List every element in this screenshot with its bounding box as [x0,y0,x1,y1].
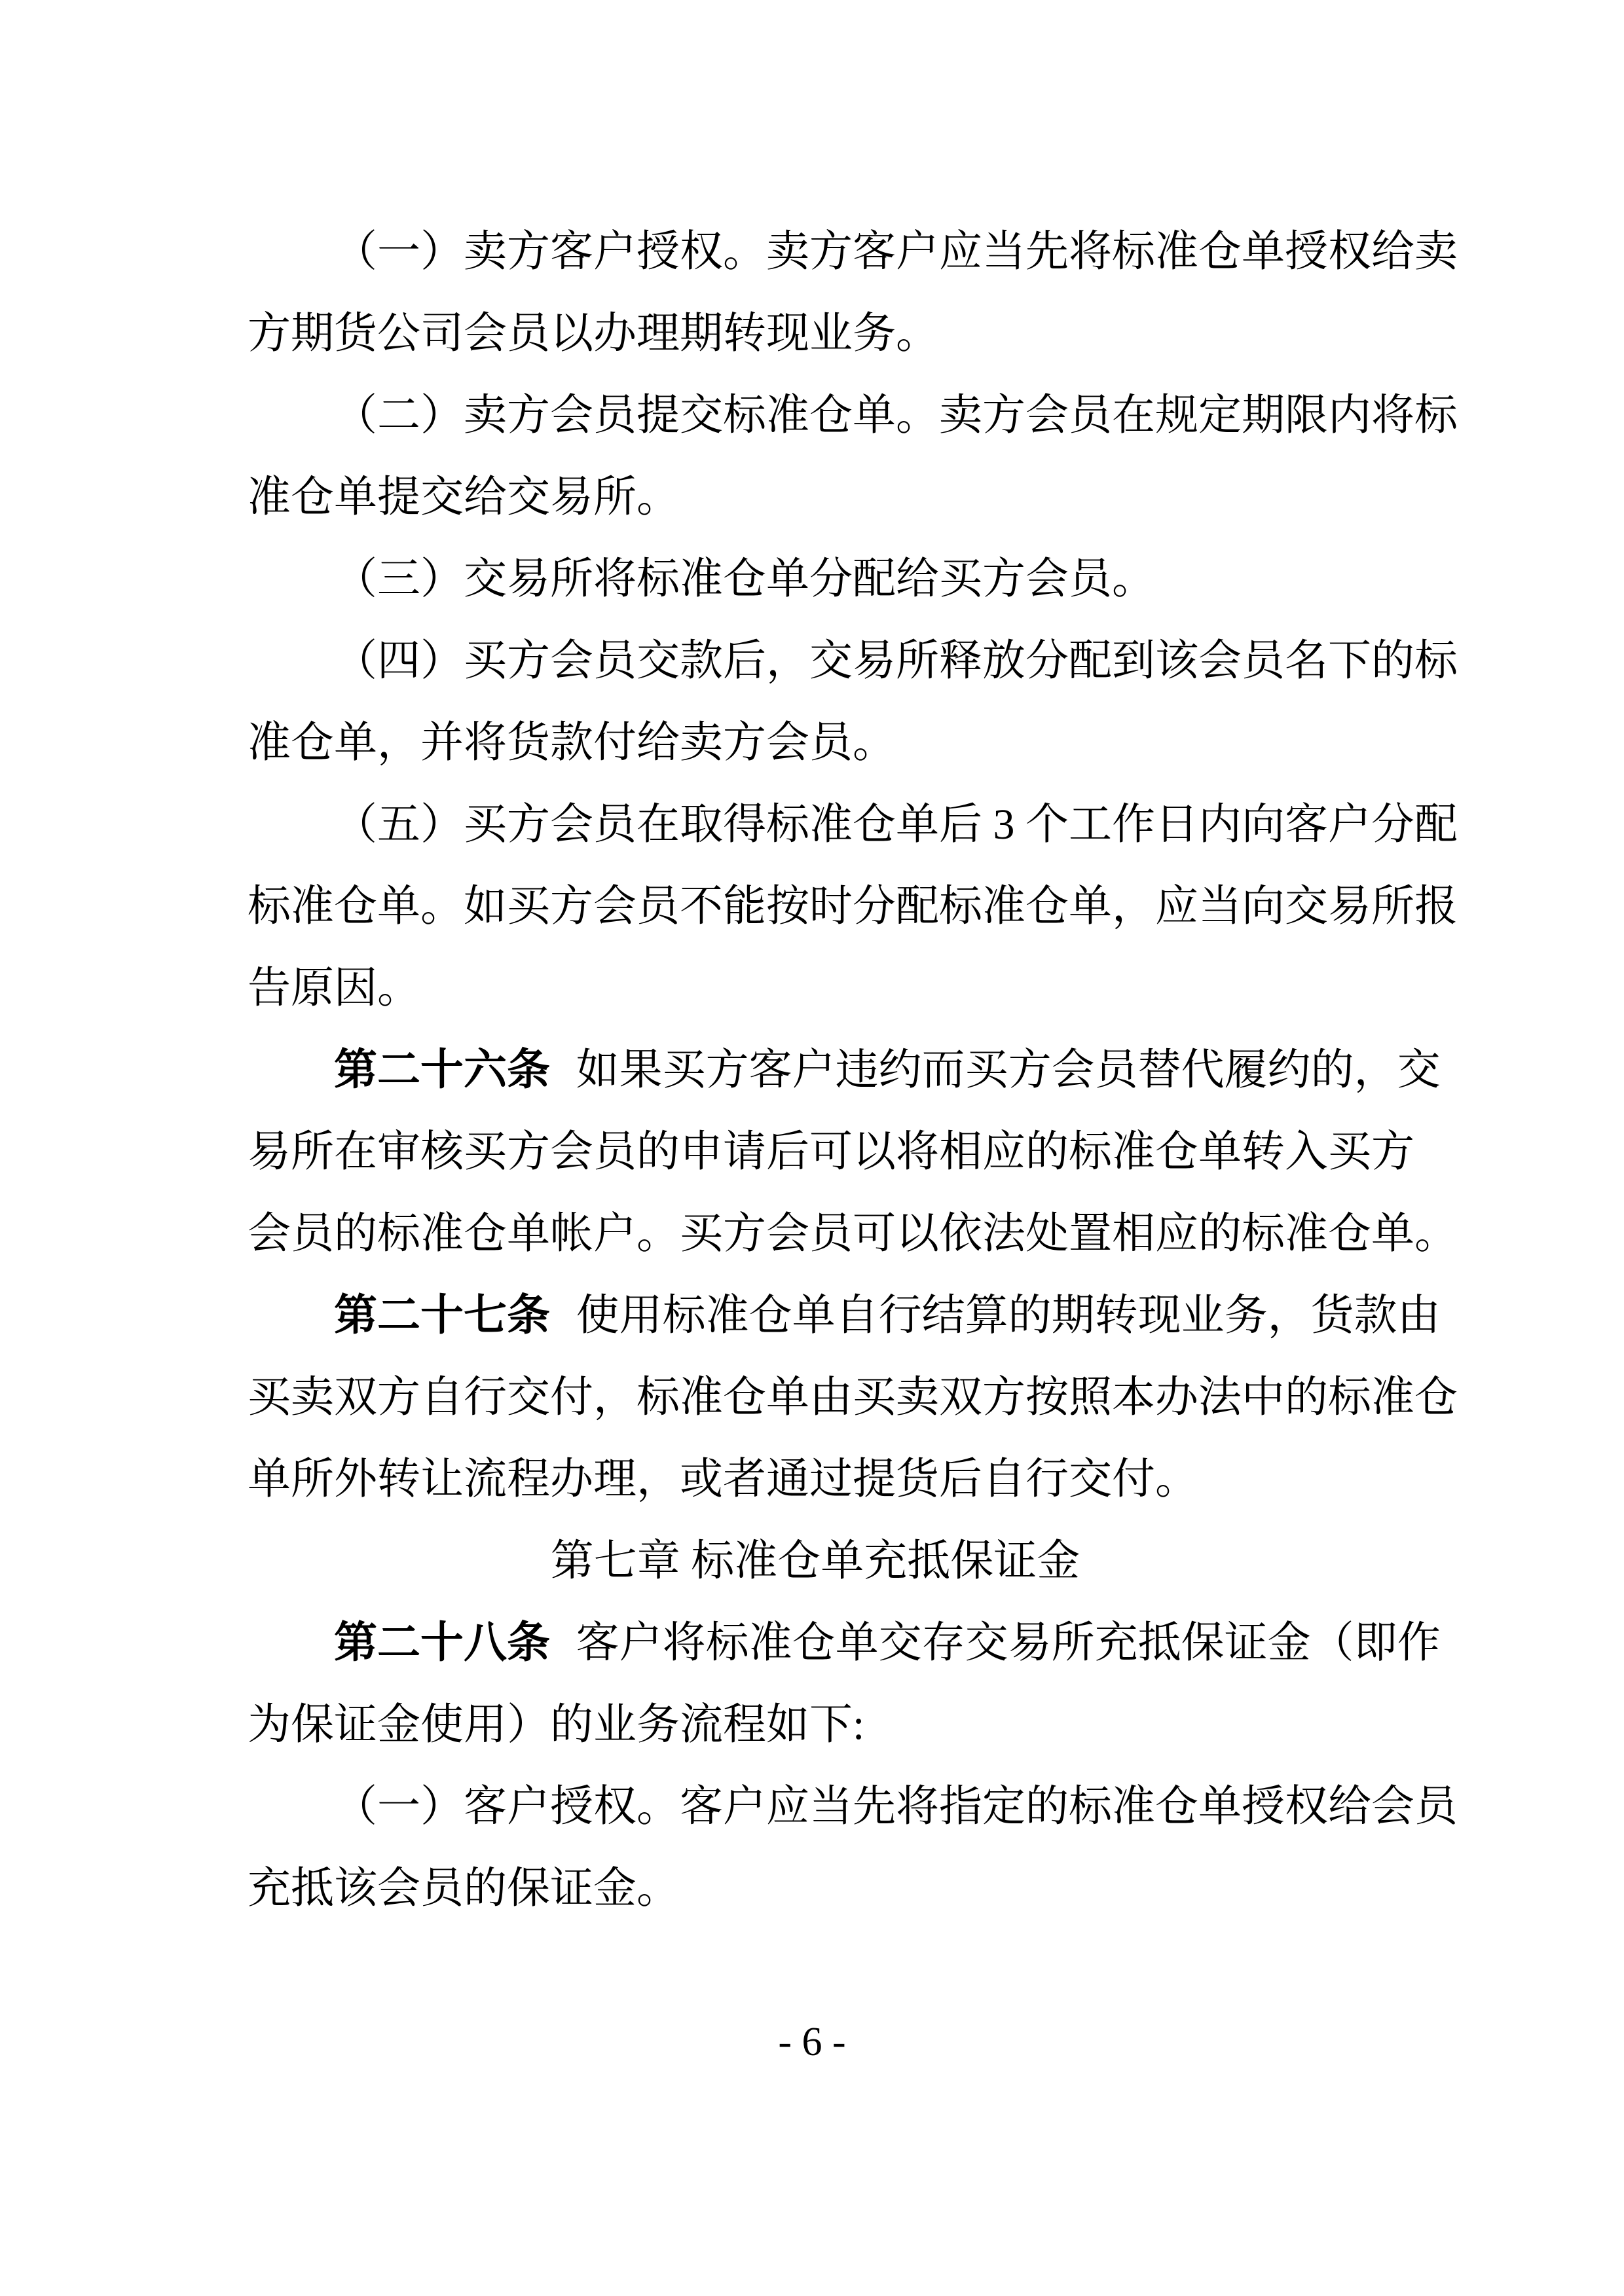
text-line: 会员的标准仓单帐户。买方会员可以依法处置相应的标准仓单。 [248,1193,1383,1275]
text-line: 准仓单提交给交易所。 [248,456,1383,538]
text-line: （一）卖方客户授权。卖方客户应当先将标准仓单授权给卖 [248,211,1383,293]
article-number: 第二十六条 [334,1046,550,1094]
article-line: 第二十七条使用标准仓单自行结算的期转现业务，货款由 [248,1275,1383,1357]
text-line: （三）交易所将标准仓单分配给买方会员。 [248,538,1383,620]
text-line: 方期货公司会员以办理期转现业务。 [248,293,1383,374]
text-line: 买卖双方自行交付，标准仓单由买卖双方按照本办法中的标准仓 [248,1357,1383,1438]
text-line: 告原因。 [248,947,1383,1029]
article-line: 第二十八条客户将标准仓单交存交易所充抵保证金（即作 [248,1602,1383,1684]
text-run: 如果买方客户违约而买方会员替代履约的，交 [576,1046,1441,1094]
document-page: （一）卖方客户授权。卖方客户应当先将标准仓单授权给卖 方期货公司会员以办理期转现… [0,0,1624,2296]
text-line: 准仓单，并将货款付给卖方会员。 [248,702,1383,784]
text-line: （四）买方会员交款后，交易所释放分配到该会员名下的标 [248,620,1383,702]
text-line: 为保证金使用）的业务流程如下: [248,1684,1383,1766]
text-line: （二）卖方会员提交标准仓单。卖方会员在规定期限内将标 [248,374,1383,456]
article-number: 第二十八条 [334,1619,550,1667]
text-line: 充抵该会员的保证金。 [248,1848,1383,1929]
article-number: 第二十七条 [334,1292,550,1339]
chapter-heading: 第七章 标准仓单充抵保证金 [248,1520,1383,1602]
text-line: 标准仓单。如买方会员不能按时分配标准仓单，应当向交易所报 [248,866,1383,947]
text-line: 单所外转让流程办理，或者通过提货后自行交付。 [248,1438,1383,1520]
text-line: （一）客户授权。客户应当先将指定的标准仓单授权给会员 [248,1766,1383,1848]
article-line: 第二十六条如果买方客户违约而买方会员替代履约的，交 [248,1029,1383,1111]
page-number: - 6 - [0,2016,1624,2068]
text-line: 易所在审核买方会员的申请后可以将相应的标准仓单转入买方 [248,1111,1383,1193]
text-line: （五）买方会员在取得标准仓单后 3 个工作日内向客户分配 [248,784,1383,866]
text-run: 客户将标准仓单交存交易所充抵保证金（即作 [576,1619,1441,1667]
text-run: 使用标准仓单自行结算的期转现业务，货款由 [576,1292,1441,1339]
text-content: （一）卖方客户授权。卖方客户应当先将标准仓单授权给卖 方期货公司会员以办理期转现… [248,211,1383,1929]
